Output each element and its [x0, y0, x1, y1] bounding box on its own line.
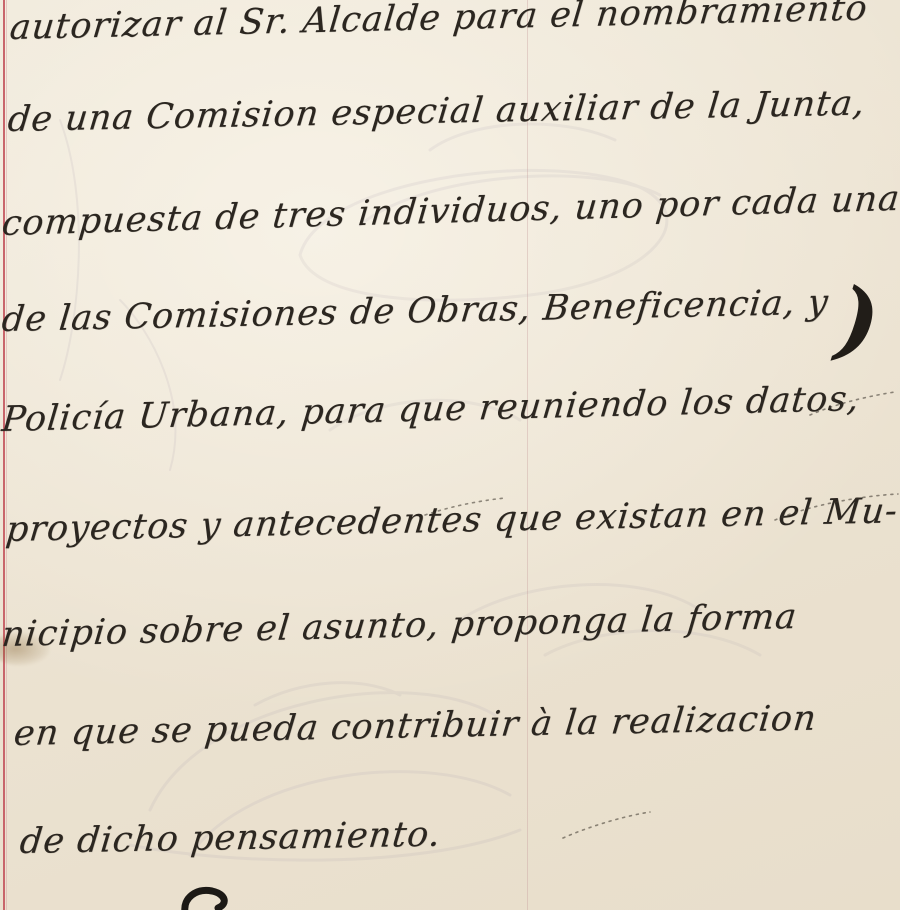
manuscript-line-5: Policía Urbana, para que reuniendo los d… [0, 379, 861, 440]
manuscript-line-4: de las Comisiones de Obras, Beneficencia… [0, 283, 831, 340]
partial-next-line-stroke [185, 890, 224, 910]
manuscript-line-8: en que se pueda contribuir à la realizac… [12, 699, 819, 754]
left-margin-rule [3, 0, 5, 910]
manuscript-line-9: de dicho pensamiento. [18, 815, 443, 862]
manuscript-line-7: nicipio sobre el asunto, proponga la for… [0, 597, 799, 655]
manuscript-line-1: autorizar al Sr. Alcalde para el nombram… [8, 0, 870, 48]
faint-vertical-rule [527, 0, 528, 910]
pen-flourish-paren: ) [834, 276, 883, 366]
manuscript-line-3: compuesta de tres individuos, uno por ca… [0, 179, 900, 244]
manuscript-line-2: de una Comision especial auxiliar de la … [6, 83, 867, 140]
manuscript-page: autorizar al Sr. Alcalde para el nombram… [0, 0, 900, 910]
manuscript-line-6: proyectos y antecedentes que existan en … [4, 491, 900, 550]
